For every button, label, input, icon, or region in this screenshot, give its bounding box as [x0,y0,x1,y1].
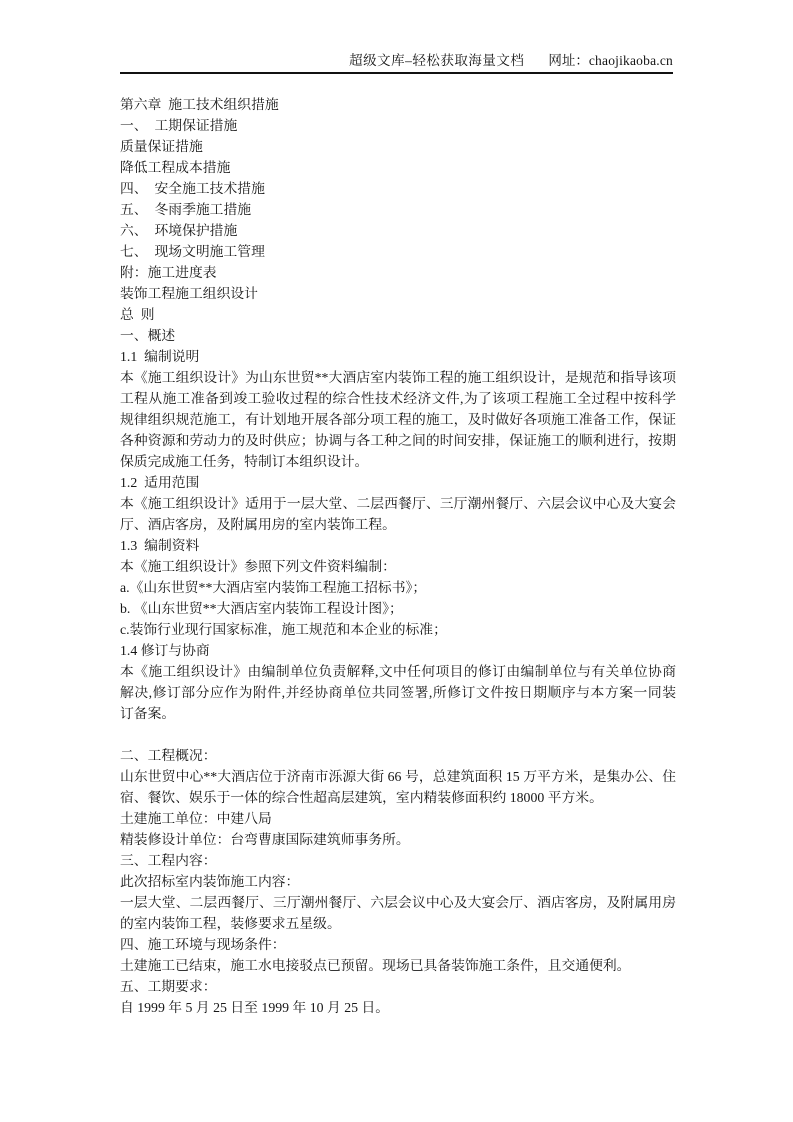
doc-line: 保质完成施工任务，特制订本组织设计。 [120,451,676,472]
doc-line: 自 1999 年 5 月 25 日至 1999 年 10 月 25 日。 [120,997,676,1018]
doc-line: 降低工程成本措施 [120,157,676,178]
doc-line: 二、工程概况： [120,745,676,766]
doc-line: c.装饰行业现行国家标准，施工规范和本企业的标准； [120,619,676,640]
doc-line: 六、 环境保护措施 [120,220,676,241]
doc-line: 土建施工已结束，施工水电接驳点已预留。现场已具备装饰施工条件，且交通便利。 [120,955,676,976]
doc-line: 一、概述 [120,325,676,346]
doc-line: 本《施工组织设计》为山东世贸**大酒店室内装饰工程的施工组织设计，是规范和指导该… [120,367,676,388]
doc-line: 第六章 施工技术组织措施 [120,94,676,115]
doc-line: 四、施工环境与现场条件： [120,934,676,955]
doc-line: 本《施工组织设计》适用于一层大堂、二层西餐厅、三厅潮州餐厅、六层会议中心及大宴会 [120,493,676,514]
doc-line: 本《施工组织设计》参照下列文件资料编制： [120,556,676,577]
url-label: 网址： [548,53,589,68]
doc-line: 的室内装饰工程，装修要求五星级。 [120,913,676,934]
doc-line: 四、 安全施工技术措施 [120,178,676,199]
doc-line [120,724,676,745]
header-divider [120,72,673,74]
page-header: 超级文库–轻松获取海量文档网址：chaojikaoba.cn [120,51,673,71]
doc-line: 1.1 编制说明 [120,346,676,367]
doc-line: a.《山东世贸**大酒店室内装饰工程施工招标书》； [120,577,676,598]
doc-line: 三、工程内容： [120,850,676,871]
doc-line: 解决,修订部分应作为附件,并经协商单位共同签署,所修订文件按日期顺序与本方案一同… [120,682,676,703]
doc-line: 山东世贸中心**大酒店位于济南市泺源大街 66 号，总建筑面积 15 万平方米，… [120,766,676,787]
document-page: 超级文库–轻松获取海量文档网址：chaojikaoba.cn 第六章 施工技术组… [0,0,793,1122]
doc-line: 五、 冬雨季施工措施 [120,199,676,220]
doc-line: 装饰工程施工组织设计 [120,283,676,304]
doc-line: 各种资源和劳动力的及时供应；协调与各工种之间的时间安排，保证施工的顺利进行，按期 [120,430,676,451]
doc-line: 总 则 [120,304,676,325]
site-url: chaojikaoba.cn [589,53,673,68]
doc-line: 五、工期要求： [120,976,676,997]
doc-line: 一、 工期保证措施 [120,115,676,136]
doc-line: 厅、酒店客房，及附属用房的室内装饰工程。 [120,514,676,535]
doc-line: 本《施工组织设计》由编制单位负责解释,文中任何项目的修订由编制单位与有关单位协商 [120,661,676,682]
doc-line: 土建施工单位：中建八局 [120,808,676,829]
doc-line: b. 《山东世贸**大酒店室内装饰工程设计图》； [120,598,676,619]
site-name: 超级文库–轻松获取海量文档 [349,53,524,68]
doc-line: 宿、餐饮、娱乐于一体的综合性超高层建筑，室内精装修面积约 18000 平方米。 [120,787,676,808]
doc-line: 精装修设计单位：台弯曹康国际建筑师事务所。 [120,829,676,850]
doc-line: 工程从施工准备到竣工验收过程的综合性技术经济文件,为了该项工程施工全过程中按科学 [120,388,676,409]
doc-line: 附：施工进度表 [120,262,676,283]
doc-line: 订备案。 [120,703,676,724]
doc-line: 质量保证措施 [120,136,676,157]
doc-line: 七、 现场文明施工管理 [120,241,676,262]
document-body: 第六章 施工技术组织措施一、 工期保证措施质量保证措施降低工程成本措施四、 安全… [120,94,676,1018]
doc-line: 1.3 编制资料 [120,535,676,556]
doc-line: 一层大堂、二层西餐厅、三厅潮州餐厅、六层会议中心及大宴会厅、酒店客房，及附属用房 [120,892,676,913]
doc-line: 1.2 适用范围 [120,472,676,493]
doc-line: 此次招标室内装饰施工内容： [120,871,676,892]
doc-line: 规律组织规范施工，有计划地开展各部分项工程的施工，及时做好各项施工准备工作，保证 [120,409,676,430]
doc-line: 1.4 修订与协商 [120,640,676,661]
